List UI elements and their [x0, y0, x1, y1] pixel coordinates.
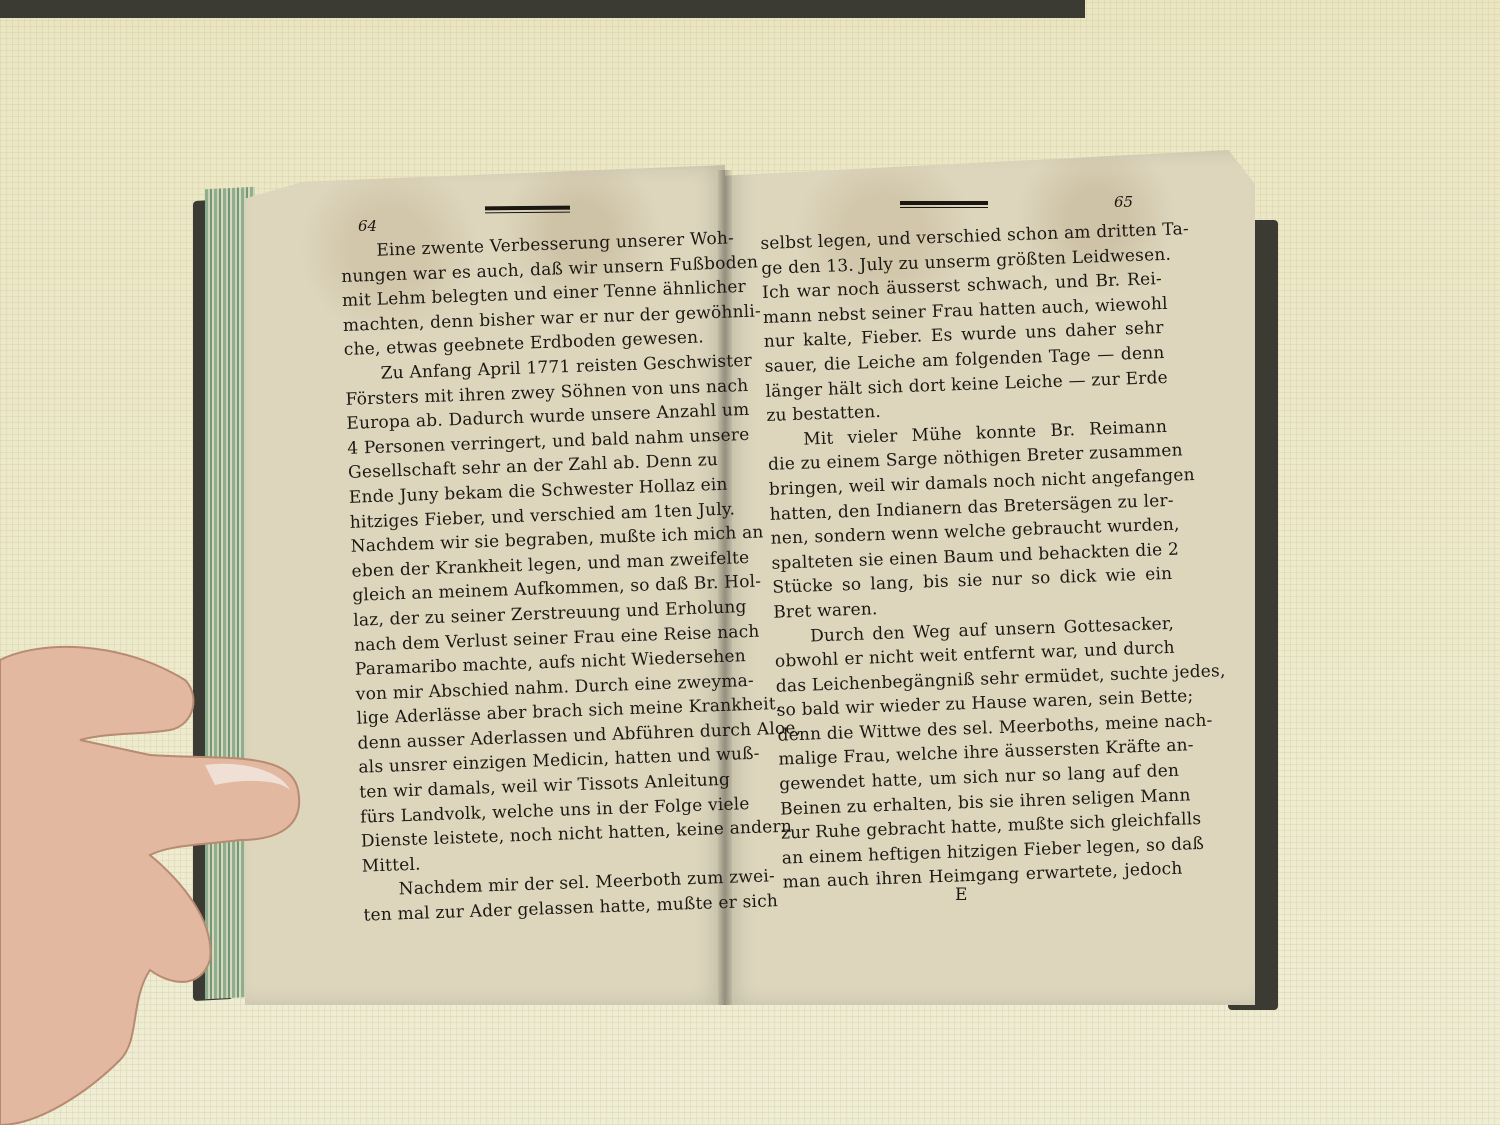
header-rule-left [485, 206, 570, 214]
right-page-text: selbst legen, und verschied schon am dri… [760, 218, 1183, 896]
page-number-left: 64 [358, 217, 377, 235]
left-page-text: Eine zwente Verbesserung unserer Woh-nun… [340, 227, 729, 928]
book-cover-bottom [0, 0, 1085, 18]
header-rule-right [900, 201, 988, 208]
hand [0, 640, 310, 1125]
book: 64 65 Eine zwente Verbesserung unserer W… [0, 0, 1500, 18]
page-number-right: 65 [1114, 193, 1133, 211]
signature-mark: E [955, 885, 967, 905]
